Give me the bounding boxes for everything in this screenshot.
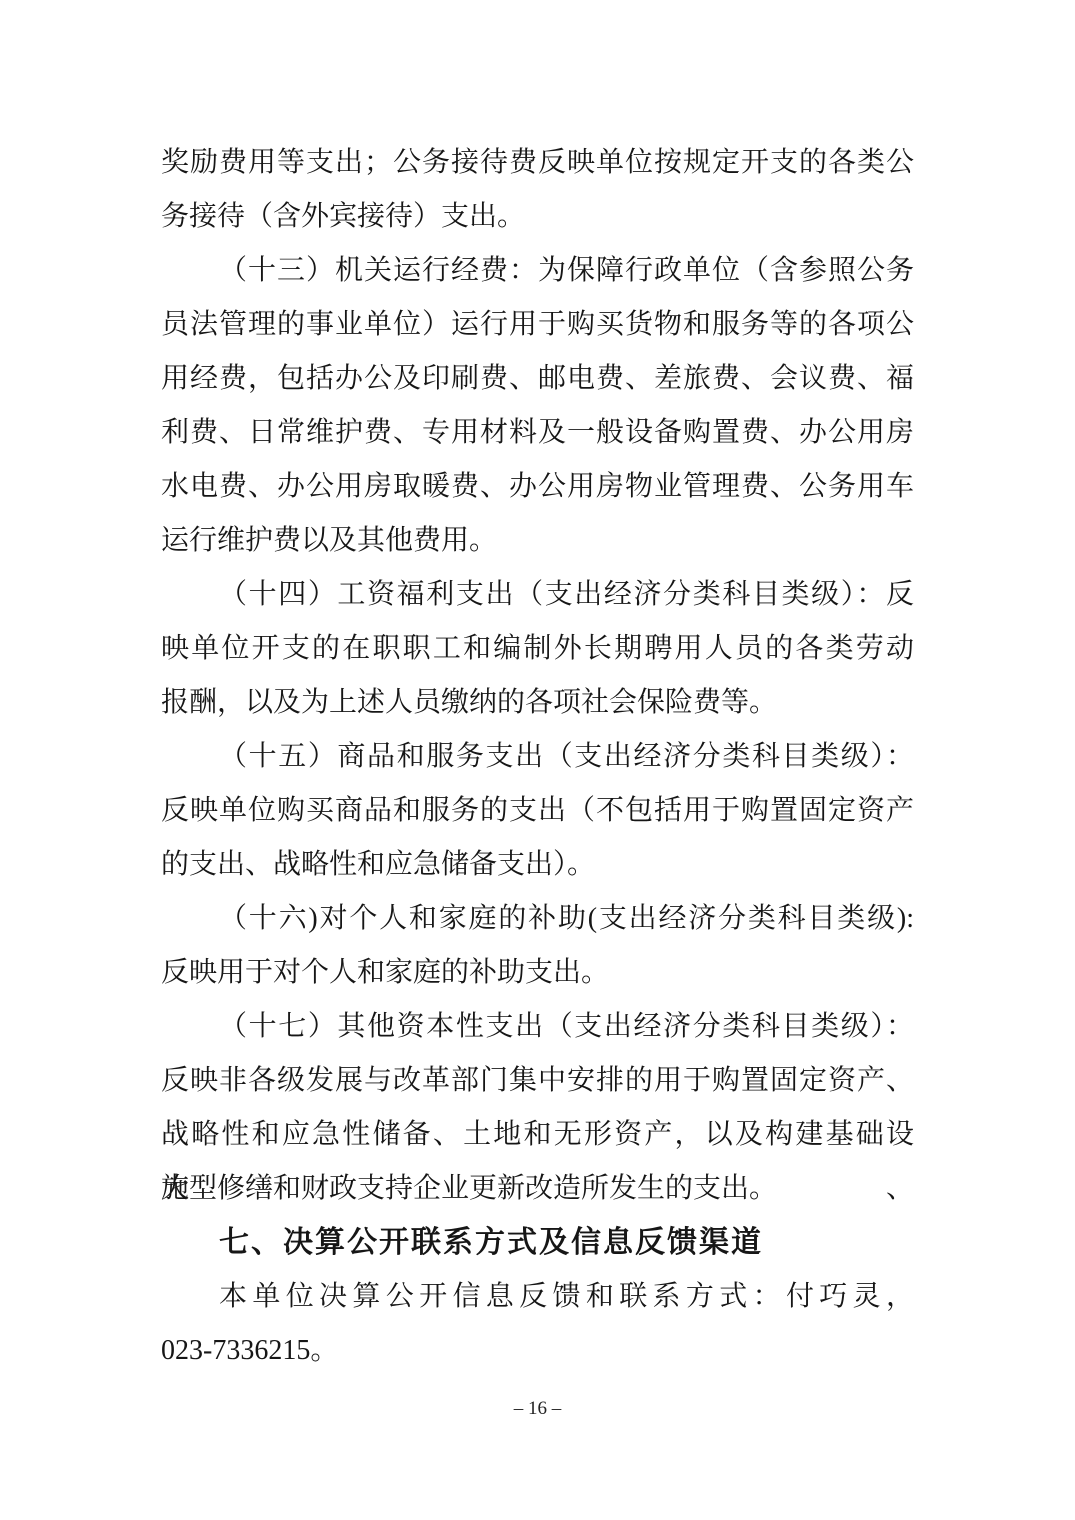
doc-line: 023-7336215。: [161, 1324, 914, 1378]
doc-line: 务接待（含外宾接待）支出。: [161, 190, 914, 244]
doc-line: 员法管理的事业单位）运行用于购买货物和服务等的各项公: [161, 298, 914, 352]
doc-line: 的支出、战略性和应急储备支出）。: [161, 838, 914, 892]
doc-line: 反映非各级发展与改革部门集中安排的用于购置固定资产、: [161, 1054, 914, 1108]
document-page: { "page": { "background_color": "#ffffff…: [0, 0, 1075, 1520]
doc-line: （十三）机关运行经费：为保障行政单位（含参照公务: [161, 244, 914, 298]
doc-line: 利费、日常维护费、专用材料及一般设备购置费、办公用房: [161, 406, 914, 460]
doc-line: 本单位决算公开信息反馈和联系方式：付巧灵，: [161, 1270, 914, 1324]
doc-line: 用经费，包括办公及印刷费、邮电费、差旅费、会议费、福: [161, 352, 914, 406]
doc-line: 反映用于对个人和家庭的补助支出。: [161, 946, 914, 1000]
document-body: 奖励费用等支出；公务接待费反映单位按规定开支的各类公 务接待（含外宾接待）支出。…: [161, 136, 914, 1378]
doc-line: 反映单位购买商品和服务的支出（不包括用于购置固定资产: [161, 784, 914, 838]
doc-line: （十六)对个人和家庭的补助(支出经济分类科目类级):: [161, 892, 914, 946]
doc-line: （十七）其他资本性支出（支出经济分类科目类级）：: [161, 1000, 914, 1054]
page-number: – 16 –: [0, 1398, 1075, 1420]
doc-line: 战略性和应急性储备、土地和无形资产，以及构建基础设施、: [161, 1108, 914, 1162]
doc-line: 水电费、办公用房取暖费、办公用房物业管理费、公务用车: [161, 460, 914, 514]
doc-line: （十四）工资福利支出（支出经济分类科目类级）：反: [161, 568, 914, 622]
doc-line: （十五）商品和服务支出（支出经济分类科目类级）：: [161, 730, 914, 784]
section-heading: 七、决算公开联系方式及信息反馈渠道: [161, 1216, 914, 1270]
doc-line: 报酬，以及为上述人员缴纳的各项社会保险费等。: [161, 676, 914, 730]
doc-line: 映单位开支的在职职工和编制外长期聘用人员的各类劳动: [161, 622, 914, 676]
doc-line: 运行维护费以及其他费用。: [161, 514, 914, 568]
doc-line: 奖励费用等支出；公务接待费反映单位按规定开支的各类公: [161, 136, 914, 190]
